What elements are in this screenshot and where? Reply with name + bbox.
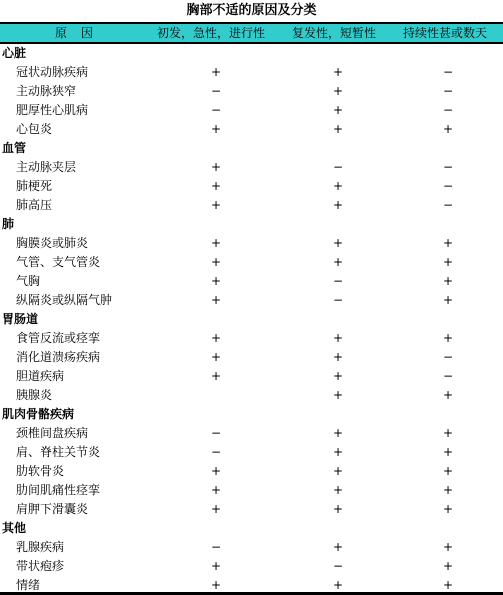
value-recurrent: + — [332, 329, 344, 348]
category-heart: 心脏 — [0, 44, 503, 63]
value-persistent: − — [442, 101, 454, 120]
cause-name: 心包炎 — [16, 120, 52, 139]
table-row: 心包炎+++ — [0, 120, 503, 139]
table-row: 主动脉夹层+−− — [0, 158, 503, 177]
value-acute: − — [210, 443, 222, 462]
value-recurrent: + — [332, 348, 344, 367]
header-acute: 初发，急性，进行性 — [157, 24, 265, 42]
cause-name: 胰腺炎 — [16, 386, 52, 405]
value-acute: + — [210, 234, 222, 253]
table-row: 颈椎间盘疾病−++ — [0, 424, 503, 443]
cause-name: 纵隔炎或纵隔气肿 — [16, 291, 112, 310]
cause-name: 主动脉狭窄 — [16, 82, 76, 101]
value-recurrent: + — [332, 386, 344, 405]
value-persistent: − — [442, 196, 454, 215]
cause-name: 主动脉夹层 — [16, 158, 76, 177]
value-recurrent: + — [332, 443, 344, 462]
cause-name: 肺梗死 — [16, 177, 52, 196]
value-recurrent: + — [332, 120, 344, 139]
value-persistent: − — [442, 63, 454, 82]
cause-name: 食管反流或痉挛 — [16, 329, 100, 348]
cause-name: 冠状动脉疾病 — [16, 63, 88, 82]
value-acute: − — [210, 101, 222, 120]
table-row: 乳腺疾病−++ — [0, 538, 503, 557]
value-acute: + — [210, 196, 222, 215]
value-recurrent: + — [332, 177, 344, 196]
value-acute: + — [210, 367, 222, 386]
cause-name: 带状疱疹 — [16, 557, 64, 576]
table-title: 胸部不适的原因及分类 — [0, 2, 503, 20]
table-row: 肺高压++− — [0, 196, 503, 215]
value-recurrent: − — [332, 272, 344, 291]
table-row: 食管反流或痉挛+++ — [0, 329, 503, 348]
value-acute: + — [210, 63, 222, 82]
value-persistent: + — [442, 424, 454, 443]
value-persistent: + — [442, 253, 454, 272]
value-persistent: + — [442, 481, 454, 500]
value-recurrent: + — [332, 481, 344, 500]
table-row: 气管、支气管炎+++ — [0, 253, 503, 272]
header-recurrent: 复发性，短暂性 — [292, 24, 376, 42]
value-acute: + — [210, 348, 222, 367]
value-acute: + — [210, 291, 222, 310]
value-persistent: − — [442, 348, 454, 367]
category-gastrointestinal: 胃肠道 — [0, 310, 503, 329]
value-persistent: + — [442, 272, 454, 291]
cause-name: 肩、脊柱关节炎 — [16, 443, 100, 462]
value-recurrent: + — [332, 196, 344, 215]
category-vascular: 血管 — [0, 139, 503, 158]
value-persistent: − — [442, 158, 454, 177]
table-row: 冠状动脉疾病++− — [0, 63, 503, 82]
table-row: 带状疱疹+−+ — [0, 557, 503, 576]
table-row: 主动脉狭窄−+− — [0, 82, 503, 101]
table-row: 肺梗死++− — [0, 177, 503, 196]
value-recurrent: + — [332, 367, 344, 386]
category-lung: 肺 — [0, 215, 503, 234]
cause-name: 颈椎间盘疾病 — [16, 424, 88, 443]
table-row: 胰腺炎++ — [0, 386, 503, 405]
value-persistent: − — [442, 82, 454, 101]
cause-name: 胆道疾病 — [16, 367, 64, 386]
value-acute: − — [210, 82, 222, 101]
category-other: 其他 — [0, 519, 503, 538]
value-acute: + — [210, 329, 222, 348]
table-row: 胸膜炎或肺炎+++ — [0, 234, 503, 253]
cause-name: 肋软骨炎 — [16, 462, 64, 481]
value-recurrent: + — [332, 101, 344, 120]
value-persistent: − — [442, 367, 454, 386]
value-recurrent: + — [332, 462, 344, 481]
cause-name: 乳腺疾病 — [16, 538, 64, 557]
value-persistent: + — [442, 386, 454, 405]
value-persistent: + — [442, 234, 454, 253]
value-persistent: + — [442, 120, 454, 139]
value-persistent: + — [442, 462, 454, 481]
value-persistent: + — [442, 329, 454, 348]
value-acute: + — [210, 557, 222, 576]
value-acute: + — [210, 481, 222, 500]
table-row: 气胸+−+ — [0, 272, 503, 291]
value-acute: − — [210, 424, 222, 443]
table-row: 胆道疾病++− — [0, 367, 503, 386]
cause-name: 肋间肌痛性痉挛 — [16, 481, 100, 500]
value-acute: + — [210, 500, 222, 519]
value-acute: + — [210, 462, 222, 481]
header-persistent: 持续性甚或数天 — [403, 24, 487, 42]
value-recurrent: + — [332, 538, 344, 557]
table-row: 肩、脊柱关节炎−++ — [0, 443, 503, 462]
value-recurrent: + — [332, 424, 344, 443]
value-acute: + — [210, 177, 222, 196]
value-recurrent: + — [332, 63, 344, 82]
value-persistent: + — [442, 538, 454, 557]
cause-name: 胸膜炎或肺炎 — [16, 234, 88, 253]
value-persistent: + — [442, 443, 454, 462]
value-acute: − — [210, 538, 222, 557]
table-header: 原因 初发，急性，进行性 复发性，短暂性 持续性甚或数天 — [0, 22, 503, 44]
value-recurrent: + — [332, 253, 344, 272]
table-row: 消化道溃疡疾病++− — [0, 348, 503, 367]
cause-name: 肩胛下滑囊炎 — [16, 500, 88, 519]
value-recurrent: + — [332, 234, 344, 253]
table-row: 肥厚性心肌病−+− — [0, 101, 503, 120]
value-persistent: + — [442, 291, 454, 310]
table-row: 肋间肌痛性痉挛+++ — [0, 481, 503, 500]
cause-name: 肥厚性心肌病 — [16, 101, 88, 120]
header-cause: 原因 — [55, 24, 107, 42]
value-acute: + — [210, 158, 222, 177]
cause-name: 消化道溃疡疾病 — [16, 348, 100, 367]
value-recurrent: − — [332, 291, 344, 310]
value-recurrent: + — [332, 500, 344, 519]
value-recurrent: − — [332, 158, 344, 177]
table-row: 肩胛下滑囊炎+++ — [0, 500, 503, 519]
cause-name: 肺高压 — [16, 196, 52, 215]
value-persistent: − — [442, 177, 454, 196]
value-recurrent: + — [332, 82, 344, 101]
category-musculoskeletal: 肌肉骨骼疾病 — [0, 405, 503, 424]
value-acute: + — [210, 253, 222, 272]
value-persistent: + — [442, 557, 454, 576]
cause-name: 气管、支气管炎 — [16, 253, 100, 272]
value-acute: + — [210, 272, 222, 291]
value-persistent: + — [442, 500, 454, 519]
table-body: 心脏 冠状动脉疾病++− 主动脉狭窄−+− 肥厚性心肌病−+− 心包炎+++ 血… — [0, 44, 503, 595]
table-row: 纵隔炎或纵隔气肿+−+ — [0, 291, 503, 310]
table-row: 肋软骨炎+++ — [0, 462, 503, 481]
value-recurrent: − — [332, 557, 344, 576]
value-acute: + — [210, 120, 222, 139]
cause-name: 气胸 — [16, 272, 40, 291]
